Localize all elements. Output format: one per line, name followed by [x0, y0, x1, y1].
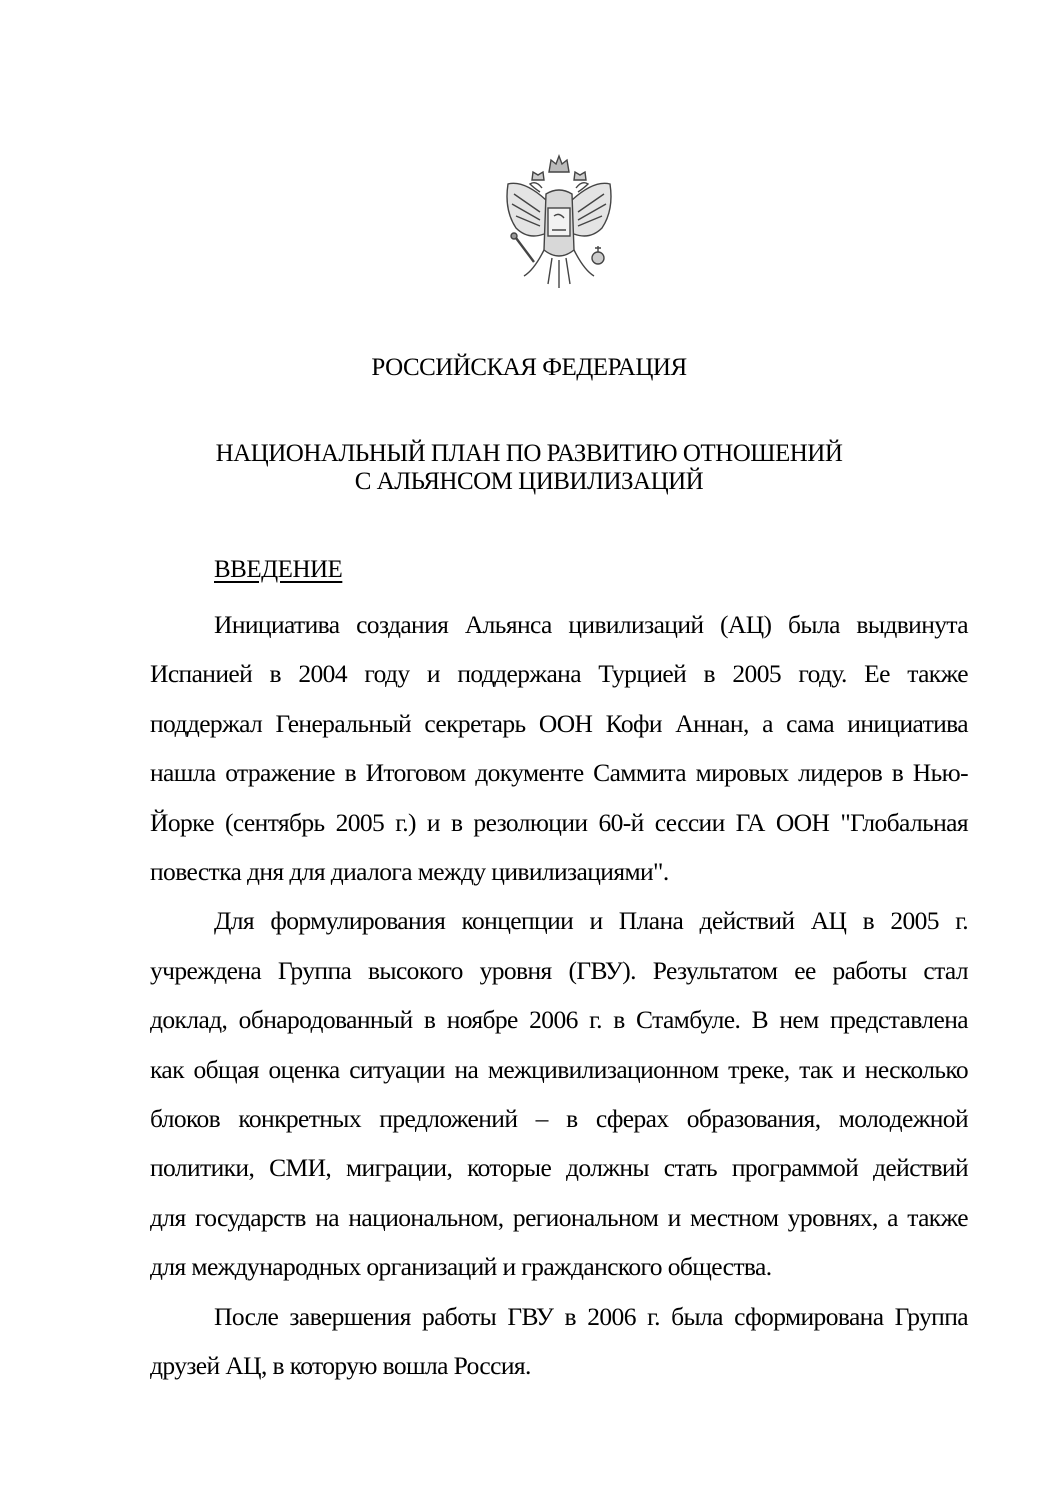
body-text: Инициатива создания Альянса цивилизаций …	[150, 600, 968, 1391]
text-line: учреждена Группа высокого уровня (ГВУ). …	[86, 946, 968, 995]
paragraph-2: Для формулирования концепции и Плана дей…	[150, 896, 968, 1291]
document-title: НАЦИОНАЛЬНЫЙ ПЛАН ПО РАЗВИТИЮ ОТНОШЕНИЙ …	[0, 440, 1058, 496]
text-line: нашла отражение в Итоговом документе Сам…	[86, 748, 968, 797]
text-line: для международных организаций и гражданс…	[86, 1242, 968, 1291]
text-line: доклад, обнародованный в ноябре 2006 г. …	[86, 995, 968, 1044]
country-heading: РОССИЙСКАЯ ФЕДЕРАЦИЯ	[0, 354, 1058, 382]
text-line: повестка дня для диалога между цивилизац…	[86, 847, 968, 896]
paragraph-1: Инициатива создания Альянса цивилизаций …	[150, 600, 968, 896]
text-line: поддержал Генеральный секретарь ООН Кофи…	[86, 699, 968, 748]
text-line: Для формулирования концепции и Плана дей…	[150, 896, 968, 945]
text-line: как общая оценка ситуации на межцивилиза…	[86, 1045, 968, 1094]
title-line-1: НАЦИОНАЛЬНЫЙ ПЛАН ПО РАЗВИТИЮ ОТНОШЕНИЙ	[0, 440, 1058, 468]
text-line: блоков конкретных предложений – в сферах…	[86, 1094, 968, 1143]
title-line-2: С АЛЬЯНСОМ ЦИВИЛИЗАЦИЙ	[0, 468, 1058, 496]
text-line: политики, СМИ, миграции, которые должны …	[86, 1143, 968, 1192]
text-line: После завершения работы ГВУ в 2006 г. бы…	[150, 1292, 968, 1341]
text-line: Йорке (сентябрь 2005 г.) и в резолюции 6…	[86, 798, 968, 847]
text-line: друзей АЦ, в которую вошла Россия.	[86, 1341, 968, 1390]
section-heading: ВВЕДЕНИЕ	[214, 556, 342, 584]
text-line: Испанией в 2004 году и поддержана Турцие…	[86, 649, 968, 698]
paragraph-3: После завершения работы ГВУ в 2006 г. бы…	[150, 1292, 968, 1391]
text-line: Инициатива создания Альянса цивилизаций …	[150, 600, 968, 649]
coat-of-arms-icon	[494, 150, 624, 290]
text-line: для государств на национальном, регионал…	[86, 1193, 968, 1242]
